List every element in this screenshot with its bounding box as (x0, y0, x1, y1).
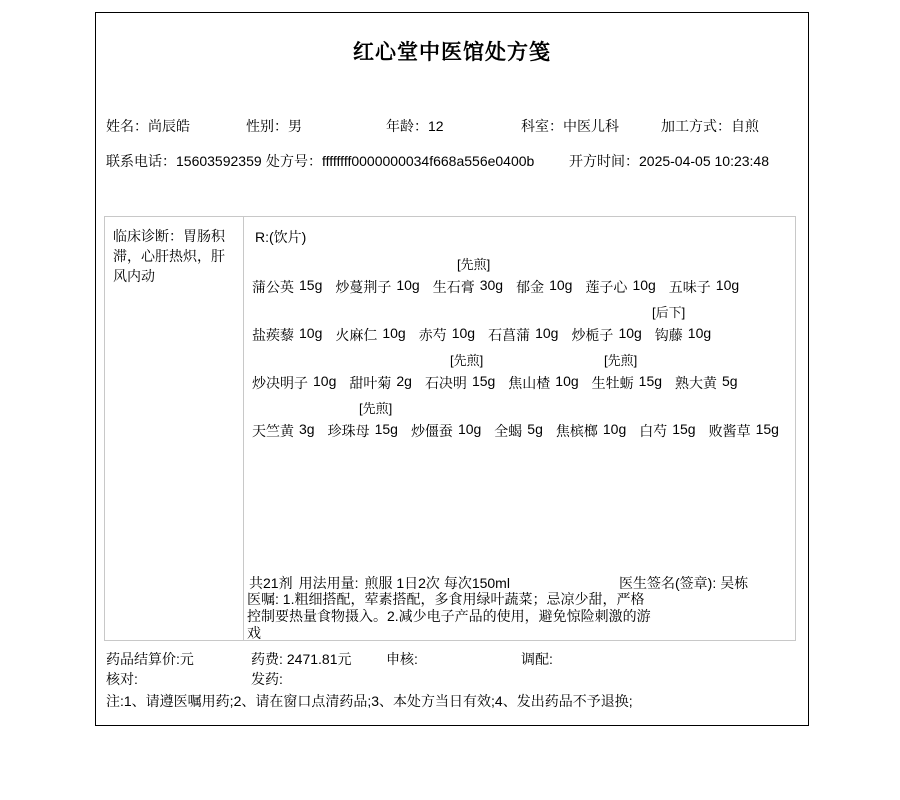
medicine-dose: 10g (688, 325, 711, 345)
review-field: 申核: (386, 649, 418, 669)
processing-method-value: 自煎 (731, 118, 759, 134)
gender-value: 男 (288, 118, 302, 134)
usage-value: 煎服 1日2次 每次150ml (364, 575, 509, 591)
medicine-item: 甜叶菊2g (349, 373, 412, 393)
medicine-item: 生石膏30g (433, 277, 503, 297)
issue-field: 发药: (251, 669, 283, 689)
medicine-row: 蒲公英15g炒蔓荆子10g生石膏30g郁金10g莲子心10g五味子10g (252, 277, 739, 297)
medicine-item: 蒲公英15g (252, 277, 322, 297)
diagnosis-label: 临床诊断： (113, 228, 183, 244)
rx-header: R:(饮片) (255, 227, 306, 247)
prescription-table: 临床诊断：胃肠积滞，心肝热炽，肝风内动 R:(饮片) [先煎] 蒲公英15g炒蔓… (104, 216, 796, 641)
medicine-name: 石决明 (425, 373, 467, 393)
processing-method-field: 加工方式：自煎 (661, 116, 759, 136)
decoction-tag: [先煎] (450, 350, 483, 369)
medicine-dose: 10g (716, 277, 739, 297)
settle-price-label: 药品结算价: (106, 651, 180, 667)
medicine-row: 盐蒺藜10g火麻仁10g赤芍10g石菖蒲10g炒栀子10g钩藤10g (252, 325, 711, 345)
medicine-dose: 15g (299, 277, 322, 297)
medicine-item: 焦山楂10g (508, 373, 578, 393)
age-field: 年龄：12 (386, 116, 444, 136)
patient-name-label: 姓名： (106, 118, 148, 134)
medicine-dose: 10g (313, 373, 336, 393)
prescription-time-field: 开方时间：2025-04-05 10:23:48 (569, 151, 769, 171)
medicine-dose: 15g (375, 421, 398, 441)
medicine-item: 火麻仁10g (335, 325, 405, 345)
fee-field: 药费:2471.81元 (251, 649, 352, 669)
patient-name-field: 姓名：尚辰皓 (106, 116, 190, 136)
medicine-name: 五味子 (669, 277, 711, 297)
medicine-item: 炒僵蚕10g (411, 421, 481, 441)
prescription-cell: R:(饮片) [先煎] 蒲公英15g炒蔓荆子10g生石膏30g郁金10g莲子心1… (245, 217, 795, 640)
doctor-signature-value: 吴栋 (720, 575, 748, 591)
medicine-dose: 10g (549, 277, 572, 297)
doctor-signature: 医生签名(签章):吴栋 (619, 573, 748, 593)
department-field: 科室：中医儿科 (521, 116, 619, 136)
medicine-item: 莲子心10g (585, 277, 655, 297)
medicine-dose: 15g (639, 373, 662, 393)
medicine-item: 焦槟榔10g (556, 421, 626, 441)
medicine-name: 白芍 (639, 421, 667, 441)
medicine-dose: 15g (472, 373, 495, 393)
medicine-name: 炒栀子 (571, 325, 613, 345)
medicine-name: 焦山楂 (508, 373, 550, 393)
medicine-name: 甜叶菊 (349, 373, 391, 393)
department-value: 中医儿科 (563, 118, 619, 134)
medicine-item: 郁金10g (516, 277, 572, 297)
medicine-dose: 10g (632, 277, 655, 297)
medicine-dose: 5g (722, 373, 738, 393)
medicine-item: 炒蔓荆子10g (335, 277, 419, 297)
page-title: 红心堂中医馆处方笺 (96, 36, 808, 66)
prescription-time-value: 2025-04-05 10:23:48 (639, 153, 769, 169)
phone-field: 联系电话：15603592359 (106, 151, 262, 171)
medicine-name: 蒲公英 (252, 277, 294, 297)
prescription-number-label: 处方号： (266, 153, 322, 169)
medicine-item: 五味子10g (669, 277, 739, 297)
medicine-row: 天竺黄3g珍珠母15g炒僵蚕10g全蝎5g焦槟榔10g白芍15g败酱草15g (252, 421, 779, 441)
medicine-row: 炒决明子10g甜叶菊2g石决明15g焦山楂10g生牡蛎15g熟大黄5g (252, 373, 738, 393)
medicine-name: 莲子心 (585, 277, 627, 297)
medicine-item: 熟大黄5g (675, 373, 738, 393)
medicine-name: 炒蔓荆子 (335, 277, 391, 297)
medicine-name: 败酱草 (709, 421, 751, 441)
prescription-sheet: 红心堂中医馆处方笺 姓名：尚辰皓 性别：男 年龄：12 科室：中医儿科 加工方式… (95, 12, 809, 726)
decoction-tag: [后下] (652, 302, 685, 321)
diagnosis-cell: 临床诊断：胃肠积滞，心肝热炽，肝风内动 (105, 217, 244, 640)
settle-price-field: 药品结算价:元 (106, 649, 194, 669)
medicine-dose: 10g (452, 325, 475, 345)
medicine-name: 熟大黄 (675, 373, 717, 393)
prescription-time-label: 开方时间： (569, 153, 639, 169)
medicine-name: 全蝎 (494, 421, 522, 441)
medicine-item: 石菖蒲10g (488, 325, 558, 345)
processing-method-label: 加工方式： (661, 118, 731, 134)
medicine-dose: 10g (458, 421, 481, 441)
medicine-dose: 5g (527, 421, 543, 441)
decoction-tag: [先煎] (359, 398, 392, 417)
medicine-item: 赤芍10g (419, 325, 475, 345)
diagnosis-text: 临床诊断：胃肠积滞，心肝热炽，肝风内动 (105, 217, 243, 295)
usage-label: 用法用量: (299, 575, 359, 591)
medicine-item: 炒决明子10g (252, 373, 336, 393)
medicine-name: 赤芍 (419, 325, 447, 345)
medicine-item: 败酱草15g (709, 421, 779, 441)
medicine-name: 生石膏 (433, 277, 475, 297)
fee-label: 药费: (251, 651, 283, 667)
medicine-dose: 10g (396, 277, 419, 297)
gender-label: 性别： (246, 118, 288, 134)
department-label: 科室： (521, 118, 563, 134)
medicine-item: 炒栀子10g (571, 325, 641, 345)
medicine-dose: 10g (299, 325, 322, 345)
medicine-item: 生牡蛎15g (592, 373, 662, 393)
medicine-dose: 3g (299, 421, 315, 441)
medicine-item: 石决明15g (425, 373, 495, 393)
medicine-name: 炒僵蚕 (411, 421, 453, 441)
decoction-tag: [先煎] (457, 254, 490, 273)
medicine-name: 焦槟榔 (556, 421, 598, 441)
dispense-field: 调配: (521, 649, 553, 669)
phone-value: 15603592359 (176, 153, 262, 169)
medicine-item: 珍珠母15g (328, 421, 398, 441)
medicine-name: 天竺黄 (252, 421, 294, 441)
doctor-signature-label: 医生签名(签章): (619, 575, 716, 591)
settle-price-value: 元 (180, 651, 194, 667)
gender-field: 性别：男 (246, 116, 302, 136)
medicine-item: 钩藤10g (655, 325, 711, 345)
medicine-item: 盐蒺藜10g (252, 325, 322, 345)
medicine-item: 天竺黄3g (252, 421, 315, 441)
age-label: 年龄： (386, 118, 428, 134)
check-field: 核对: (106, 669, 138, 689)
medicine-dose: 10g (618, 325, 641, 345)
medicine-dose: 15g (756, 421, 779, 441)
decoction-tag: [先煎] (604, 350, 637, 369)
medicine-dose: 2g (396, 373, 412, 393)
medicine-name: 生牡蛎 (592, 373, 634, 393)
medicine-item: 白芍15g (639, 421, 695, 441)
medicine-dose: 10g (603, 421, 626, 441)
medicine-name: 火麻仁 (335, 325, 377, 345)
medicine-dose: 10g (382, 325, 405, 345)
medicine-name: 郁金 (516, 277, 544, 297)
medicine-name: 钩藤 (655, 325, 683, 345)
medicine-name: 盐蒺藜 (252, 325, 294, 345)
medicine-name: 珍珠母 (328, 421, 370, 441)
medicine-dose: 10g (555, 373, 578, 393)
footer-note: 注:1、请遵医嘱用药;2、请在窗口点清药品;3、本处方当日有效;4、发出药品不予… (106, 691, 633, 711)
usage-row: 共21剂用法用量:煎服 1日2次 每次150ml (249, 573, 510, 593)
prescription-number-field: 处方号：ffffffff0000000034f668a556e0400b (266, 151, 534, 171)
age-value: 12 (428, 118, 444, 134)
total-doses: 共21剂 (249, 575, 293, 591)
fee-value: 2471.81元 (287, 651, 352, 667)
medicine-name: 炒决明子 (252, 373, 308, 393)
medicine-dose: 30g (480, 277, 503, 297)
patient-name-value: 尚辰皓 (148, 118, 190, 134)
phone-label: 联系电话： (106, 153, 176, 169)
medicine-name: 石菖蒲 (488, 325, 530, 345)
medicine-dose: 10g (535, 325, 558, 345)
medicine-dose: 15g (672, 421, 695, 441)
page-canvas: 红心堂中医馆处方笺 姓名：尚辰皓 性别：男 年龄：12 科室：中医儿科 加工方式… (0, 0, 900, 800)
medicine-item: 全蝎5g (494, 421, 543, 441)
doctor-advice: 医嘱: 1.粗细搭配，荤素搭配，多食用绿叶蔬菜；忌凉少甜，严格控制要热量食物摄入… (247, 591, 653, 642)
prescription-number-value: ffffffff0000000034f668a556e0400b (322, 153, 534, 169)
